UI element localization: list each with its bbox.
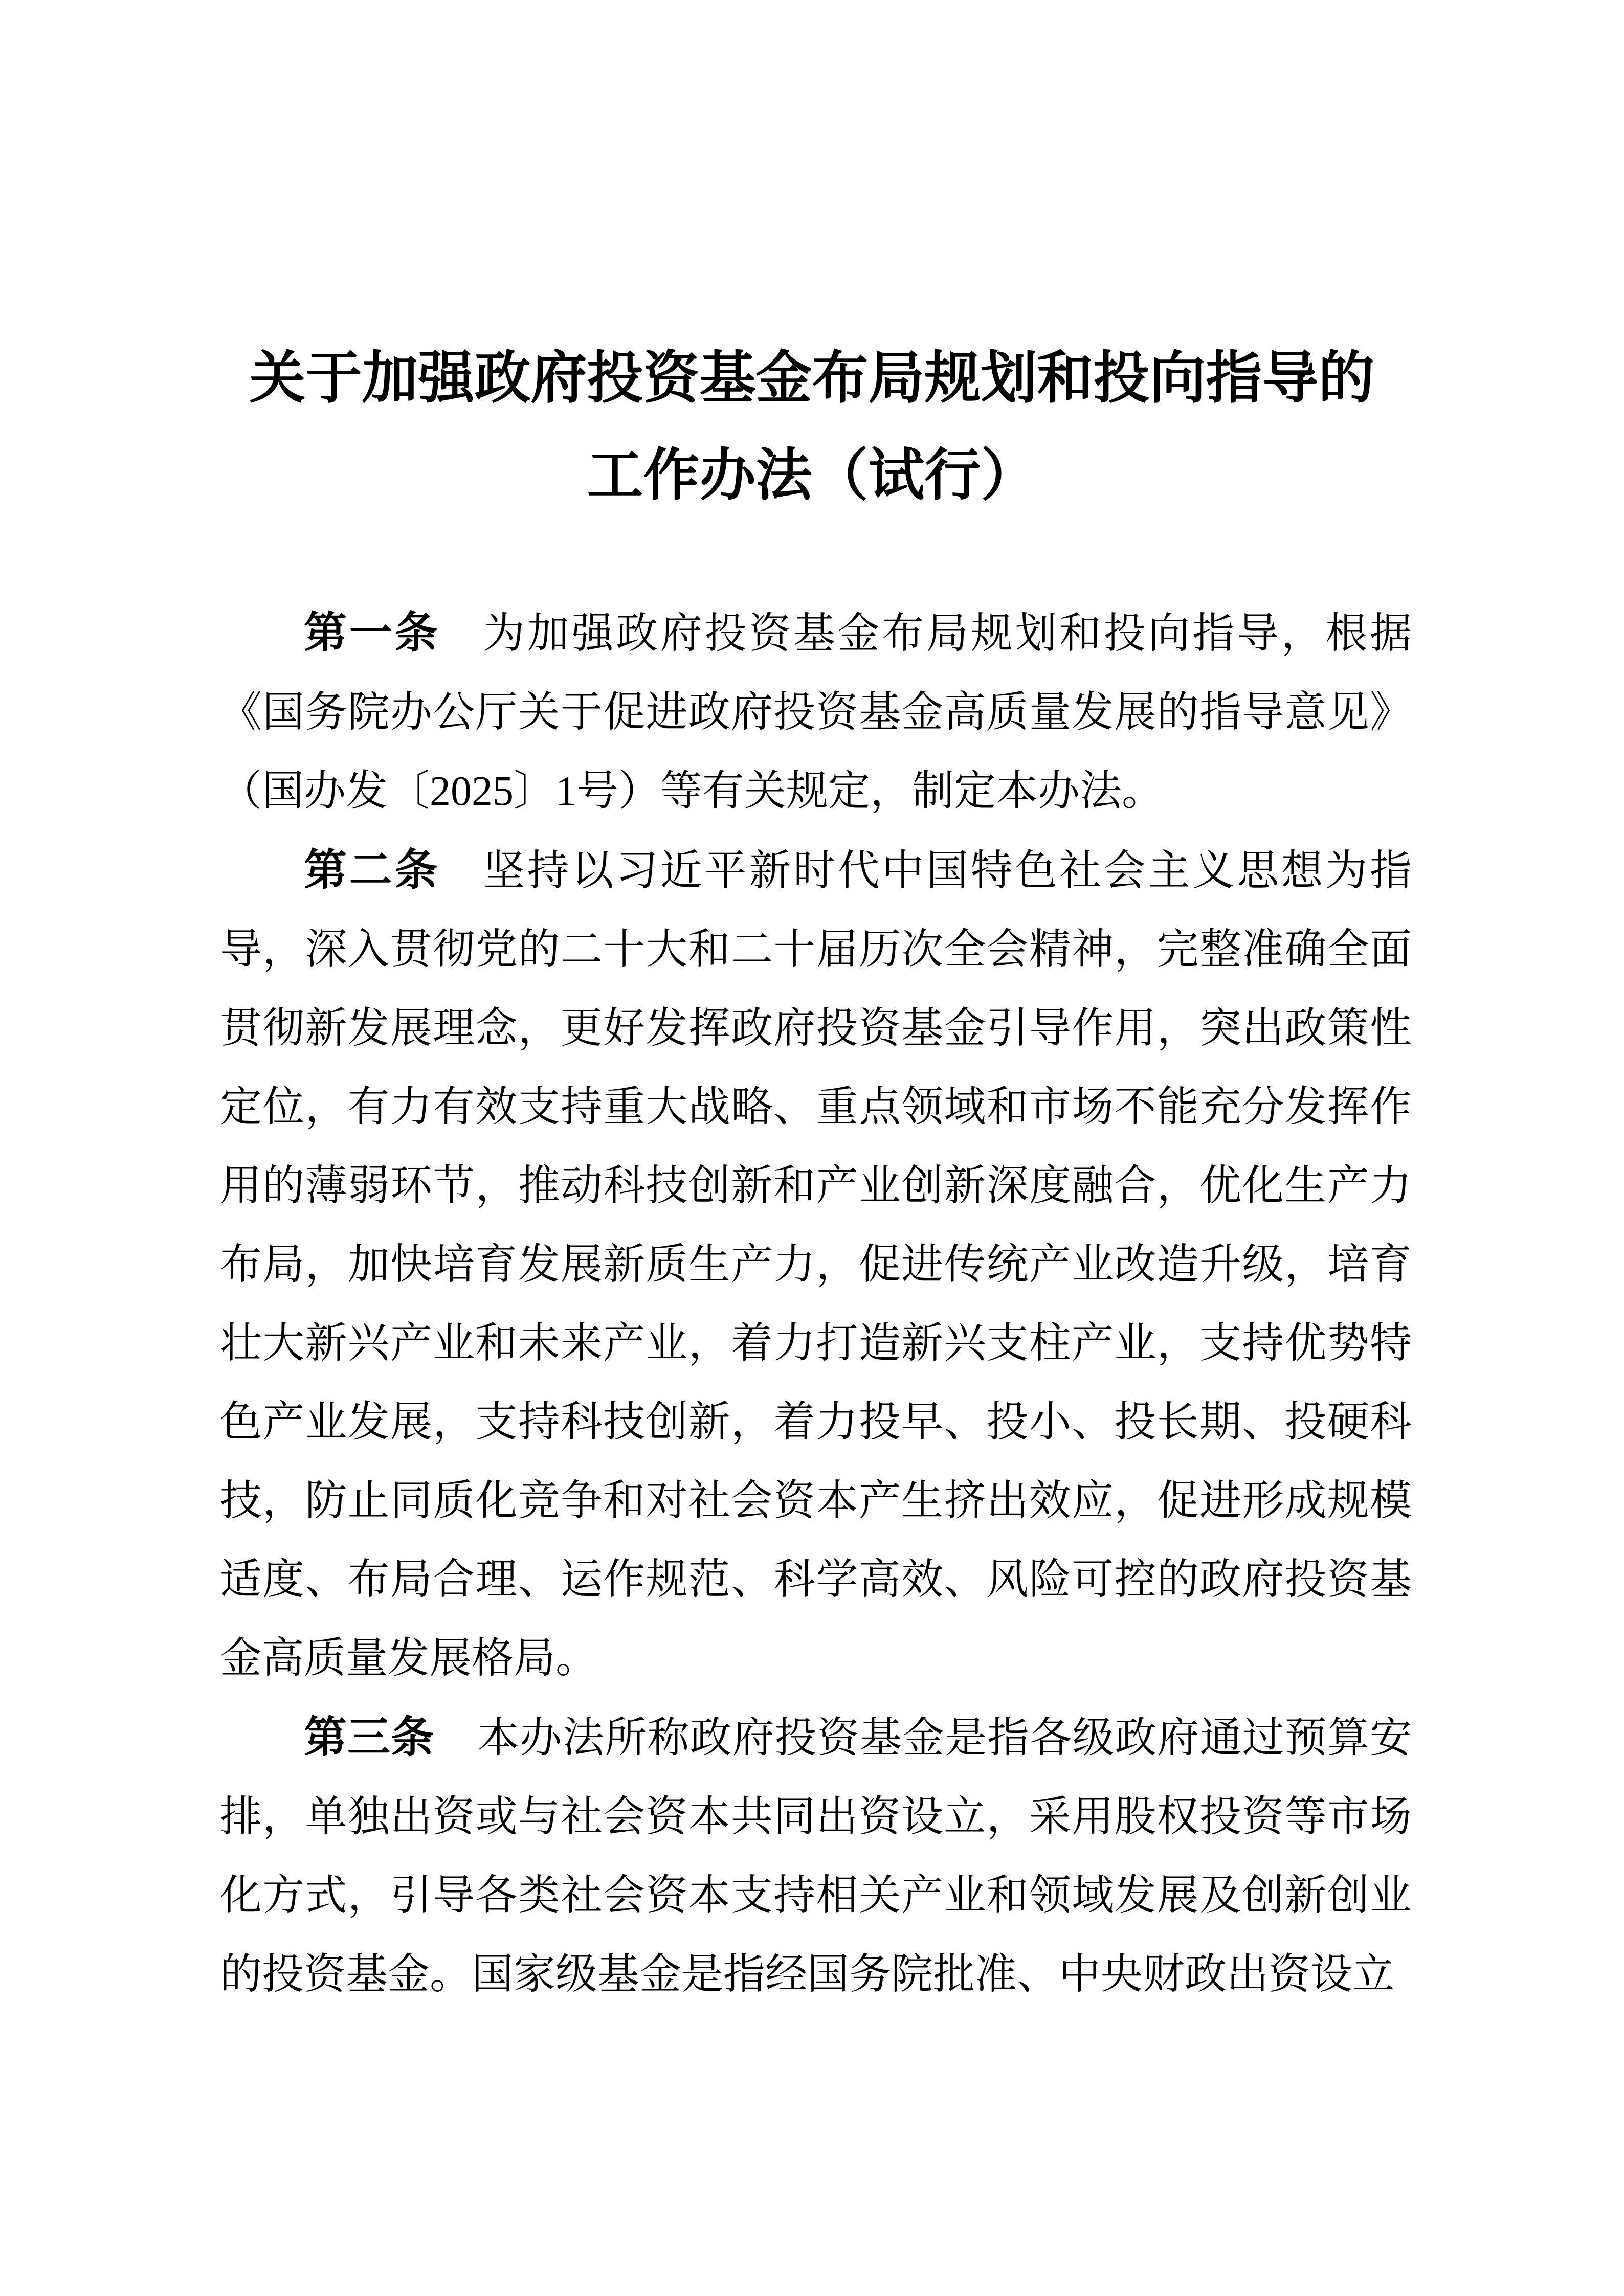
document-scan: { "page": { "background": "#ffffff", "te… (0, 0, 1624, 2296)
article-1-paragraph: 第一条为加强政府投资基金布局规划和投向指导，根据《国务院办公厅关于促进政府投资基… (220, 593, 1412, 830)
article-2-paragraph: 第二条坚持以习近平新时代中国特色社会主义思想为指导，深入贯彻党的二十大和二十届历… (220, 830, 1412, 1698)
document-title-line-2: 工作办法（试行） (0, 427, 1624, 524)
article-3-label: 第三条 (304, 1713, 434, 1761)
document-page: 关于加强政府投资基金布局规划和投向指导的 工作办法（试行） 第一条为加强政府投资… (0, 0, 1624, 2296)
document-body: 第一条为加强政府投资基金布局规划和投向指导，根据《国务院办公厅关于促进政府投资基… (220, 593, 1412, 2014)
document-title: 关于加强政府投资基金布局规划和投向指导的 工作办法（试行） (0, 330, 1624, 524)
article-1-label: 第一条 (304, 609, 440, 657)
document-title-line-1: 关于加强政府投资基金布局规划和投向指导的 (0, 330, 1624, 427)
article-2-text: 坚持以习近平新时代中国特色社会主义思想为指导，深入贯彻党的二十大和二十届历次全会… (220, 847, 1412, 1681)
article-3-paragraph: 第三条本办法所称政府投资基金是指各级政府通过预算安排，单独出资或与社会资本共同出… (220, 1698, 1412, 2014)
article-2-label: 第二条 (304, 846, 440, 894)
